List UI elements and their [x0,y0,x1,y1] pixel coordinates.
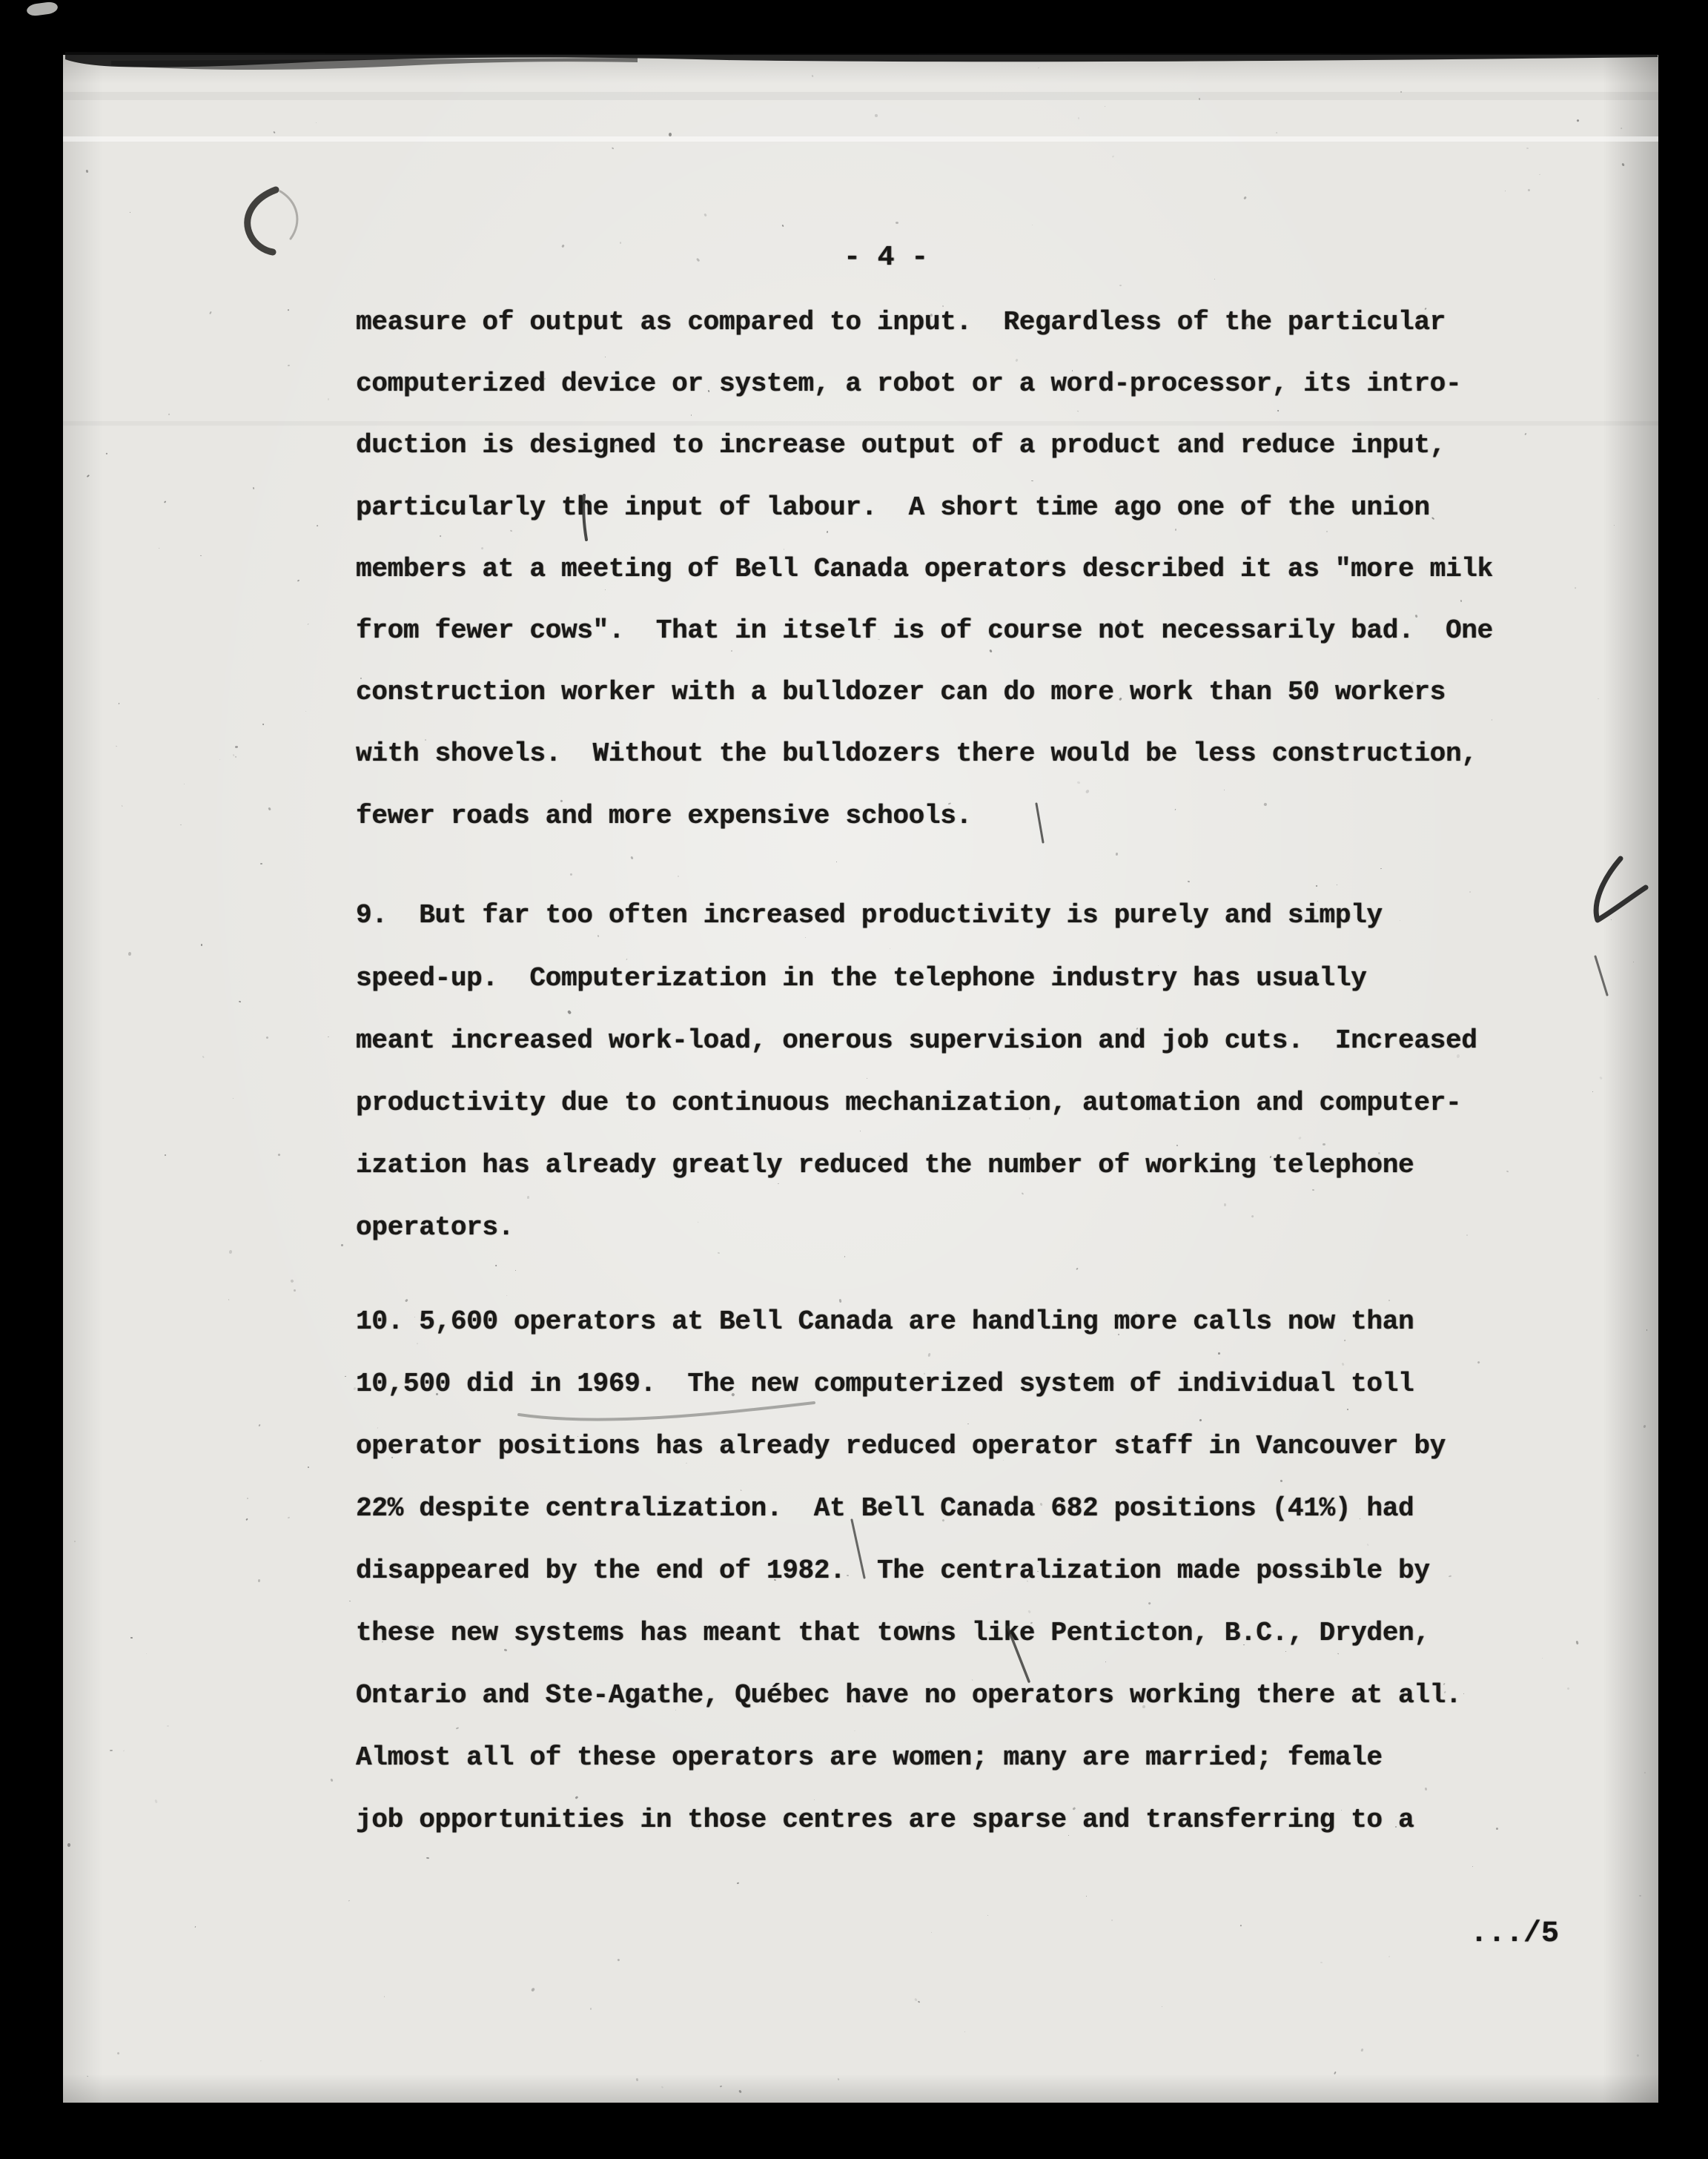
text-line: these new systems has meant that towns l… [356,1618,1430,1649]
text-line: with shovels. Without the bulldozers the… [356,738,1477,770]
text-line: duction is designed to increase output o… [356,430,1446,461]
text-line: ization has already greatly reduced the … [356,1150,1414,1181]
text-line: Almost all of these operators are women;… [356,1742,1383,1773]
paper: - 4 - measure of output as compared to i… [63,55,1658,2103]
text-line: members at a meeting of Bell Canada oper… [356,554,1493,585]
text-line: 22% despite centralization. At Bell Cana… [356,1493,1414,1524]
text-line: disappeared by the end of 1982. The cent… [356,1555,1430,1587]
text-line: computerized device or system, a robot o… [356,368,1461,400]
page-number: - 4 - [797,242,975,274]
scan-streak [63,421,1658,426]
text-line: 10,500 did in 1969. The new computerized… [356,1369,1414,1400]
scan-streak [63,92,1658,100]
scan-streak [63,136,1658,142]
scan-scratch-artifact [26,1,59,17]
text-line: speed-up. Computerization in the telepho… [356,963,1366,994]
text-line: job opportunities in those centres are s… [356,1805,1414,1836]
text-line: from fewer cows". That in itself is of c… [356,615,1493,647]
text-line: productivity due to continuous mechaniza… [356,1088,1461,1119]
paper-texture [63,55,1658,2103]
text-line: measure of output as compared to input. … [356,307,1446,338]
text-line: particularly the input of labour. A shor… [356,492,1430,523]
scanned-document-page: - 4 - measure of output as compared to i… [0,0,1708,2159]
text-line: 10. 5,600 operators at Bell Canada are h… [356,1306,1414,1338]
text-line: 9. But far too often increased productiv… [356,900,1383,931]
text-line: fewer roads and more expensive schools. [356,801,972,832]
text-line: construction worker with a bulldozer can… [356,677,1446,708]
page-continuation-marker: .../5 [1470,1917,1559,1951]
text-line: operators. [356,1212,514,1243]
text-line: operator positions has already reduced o… [356,1431,1446,1462]
text-line: meant increased work-load, onerous super… [356,1025,1477,1057]
text-line: Ontario and Ste-Agathe, Québec have no o… [356,1680,1461,1711]
